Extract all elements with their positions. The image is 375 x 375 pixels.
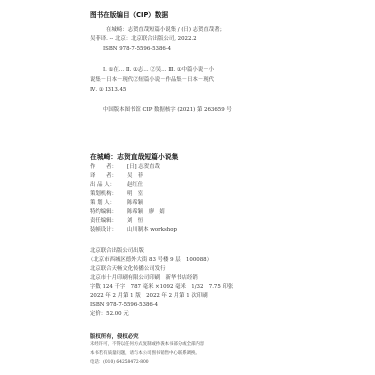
cip-line-2: 吴菲译. -- 北京：北京联合出版公司, 2022.2	[90, 37, 197, 42]
edition-line: 2022 年 2 月第 1 版 2022 年 2 月第 1 次印刷	[90, 294, 208, 299]
cip-isbn: ISBN 978-7-5596-5386-4	[103, 47, 171, 52]
credit-cover-design: 装帧设计：山川制本 workshop	[90, 228, 177, 233]
cip-class-line-3: Ⅳ. ① I313.45	[90, 88, 126, 93]
credit-label: 策 划 人：	[90, 201, 127, 206]
format-line: 字数 124 千字 787 毫米 ×1092 毫米 1/32 7.75 印张	[90, 285, 233, 290]
credit-planning-agency: 策划机构：明 室	[90, 192, 143, 197]
isbn-line: ISBN 978-7-5596-5386-4	[90, 303, 158, 308]
cip-heading: 图书在版编目（CIP）数据	[90, 9, 168, 19]
rights-line-2: 本书若有质量问题，请与本公司图书销售中心联系调换。	[90, 350, 200, 356]
credit-label: 特约编辑：	[90, 210, 127, 215]
credit-producer: 出 品 人：赵红仕	[90, 183, 143, 188]
credit-label: 责任编辑：	[90, 219, 127, 224]
price-line: 定价：52.00 元	[90, 312, 129, 317]
cip-core-number: 中国版本图书馆 CIP 数据核字 (2021) 第 263659 号	[103, 108, 232, 113]
credit-label: 译 者：	[90, 174, 127, 179]
credit-value: 山川制本 workshop	[127, 227, 177, 233]
rights-line-1: 未经许可，不得以任何方式复制或抄袭本书部分或全部内容	[90, 341, 204, 347]
credit-label: 策划机构：	[90, 192, 127, 197]
credit-value: [日] 志贺直哉	[127, 164, 160, 170]
credit-value: 赵红仕	[127, 182, 143, 188]
credit-planner: 策 划 人：陈希颖	[90, 201, 143, 206]
cip-class-line-2: 说集－日本－现代②短篇小说－作品集－日本－现代	[90, 78, 214, 83]
credit-contributing-editor: 特约编辑：陈希颖 廖 婧	[90, 210, 165, 215]
book-title: 在城崎：志贺直哉短篇小说集	[90, 151, 178, 161]
credit-label: 装帧设计：	[90, 228, 127, 233]
cip-line-1: 在城崎：志贺直哉短篇小说集 / (日) 志贺直哉著；	[106, 28, 225, 33]
credit-value: 陈希颖	[127, 200, 143, 206]
credit-value: 吴 菲	[127, 173, 143, 179]
cip-class-line-1: Ⅰ. ①在… Ⅱ. ①志… ②吴… Ⅲ. ①中篇小说－小	[103, 68, 214, 73]
rights-heading: 版权所有，侵权必究	[90, 332, 139, 340]
credit-responsible-editor: 责任编辑：刘 恒	[90, 219, 143, 224]
publisher-line: 北京联合出版公司出版	[90, 249, 144, 254]
credit-label: 作 者：	[90, 165, 127, 170]
publisher-address: （北京市西城区德外大街 83 号楼 9 层 100088）	[88, 258, 212, 263]
credit-translator: 译 者：吴 菲	[90, 174, 143, 179]
credit-value: 陈希颖 廖 婧	[127, 209, 165, 215]
credit-value: 明 室	[127, 191, 143, 197]
distributor-line: 北京联合天畅文化传播公司发行	[90, 267, 165, 272]
credit-value: 刘 恒	[127, 218, 143, 224]
rights-phone: 电话：(010) 64258472-800	[90, 359, 149, 365]
credit-author: 作 者：[日] 志贺直哉	[90, 165, 160, 170]
printer-line: 北京市十月印刷有限公司印刷 新华书店经销	[90, 276, 198, 281]
credit-label: 出 品 人：	[90, 183, 127, 188]
